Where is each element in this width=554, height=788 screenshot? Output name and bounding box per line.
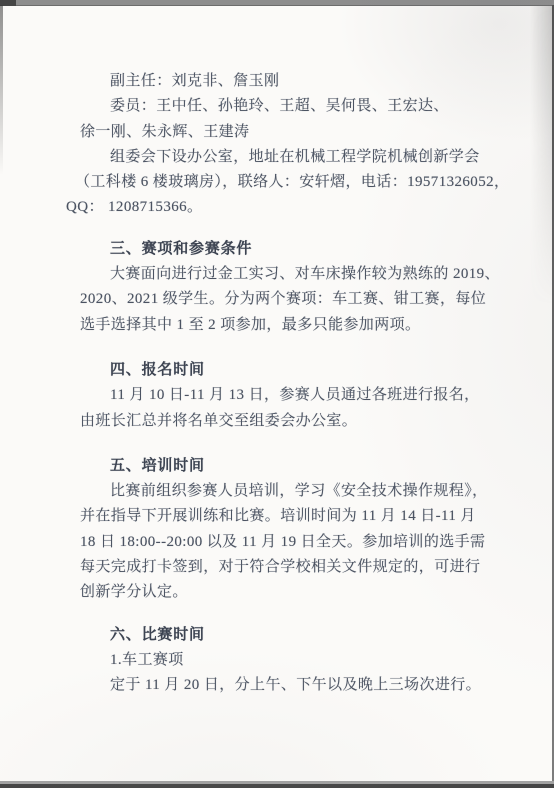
doc-line-office-location: 组委会下设办公室，地址在机械工程学院机械创新学会 <box>80 145 510 170</box>
doc-line: 由班长汇总并将名单交至组委会办公室。 <box>80 409 510 434</box>
scan-edge-bottom-dark <box>0 784 554 788</box>
doc-line: 11 月 10 日-11 月 13 日，参赛人员通过各班进行报名， <box>80 383 510 408</box>
doc-line: 2020、2021 级学生。分为两个赛项：车工赛、钳工赛，每位 <box>80 287 510 312</box>
scan-shadow-right <box>530 5 552 305</box>
scanned-page: 副主任：刘克非、詹玉刚 委员：王中任、孙艳玲、王超、吴何畏、王宏达、 徐一刚、朱… <box>0 0 554 788</box>
doc-line: 并在指导下开展训练和比赛。培训时间为 11 月 14 日-11 月 <box>80 504 510 529</box>
scan-edge-top <box>0 0 554 6</box>
scan-shadow-left <box>0 5 3 175</box>
section-heading-events-conditions: 三、赛项和参赛条件 <box>80 237 510 262</box>
doc-line-deputy-directors: 副主任：刘克非、詹玉刚 <box>80 69 510 94</box>
doc-line: 大赛面向进行过金工实习、对车床操作较为熟练的 2019、 <box>80 262 510 287</box>
doc-line: 每天完成打卡签到，对于符合学校相关文件规定的，可进行 <box>80 555 510 580</box>
section-heading-registration-time: 四、报名时间 <box>80 358 510 383</box>
doc-line-qq-number: QQ： 1208715366。 <box>66 195 510 220</box>
doc-line: 创新学分认定。 <box>80 580 510 605</box>
doc-line: 18 日 18:00--20:00 以及 11 月 19 日全天。参加培训的选手… <box>80 530 510 555</box>
doc-line-contact-info: （工科楼 6 楼玻璃房），联络人：安轩熠，电话：19571326052， <box>75 170 510 195</box>
doc-line-lathe-event-subheading: 1.车工赛项 <box>80 648 510 673</box>
doc-line: 选手选择其中 1 至 2 项参加，最多只能参加两项。 <box>80 313 510 338</box>
doc-line-committee-members: 委员：王中任、孙艳玲、王超、吴何畏、王宏达、 <box>80 94 510 119</box>
doc-line: 定于 11 月 20 日，分上午、下午以及晚上三场次进行。 <box>80 673 510 698</box>
document-body: 副主任：刘克非、詹玉刚 委员：王中任、孙艳玲、王超、吴何畏、王宏达、 徐一刚、朱… <box>80 69 510 699</box>
doc-line-committee-members-cont: 徐一刚、朱永辉、王建涛 <box>80 120 510 145</box>
doc-line: 比赛前组织参赛人员培训，学习《安全技术操作规程》， <box>80 479 510 504</box>
section-heading-training-time: 五、培训时间 <box>80 454 510 479</box>
section-heading-competition-time: 六、比赛时间 <box>80 623 510 648</box>
